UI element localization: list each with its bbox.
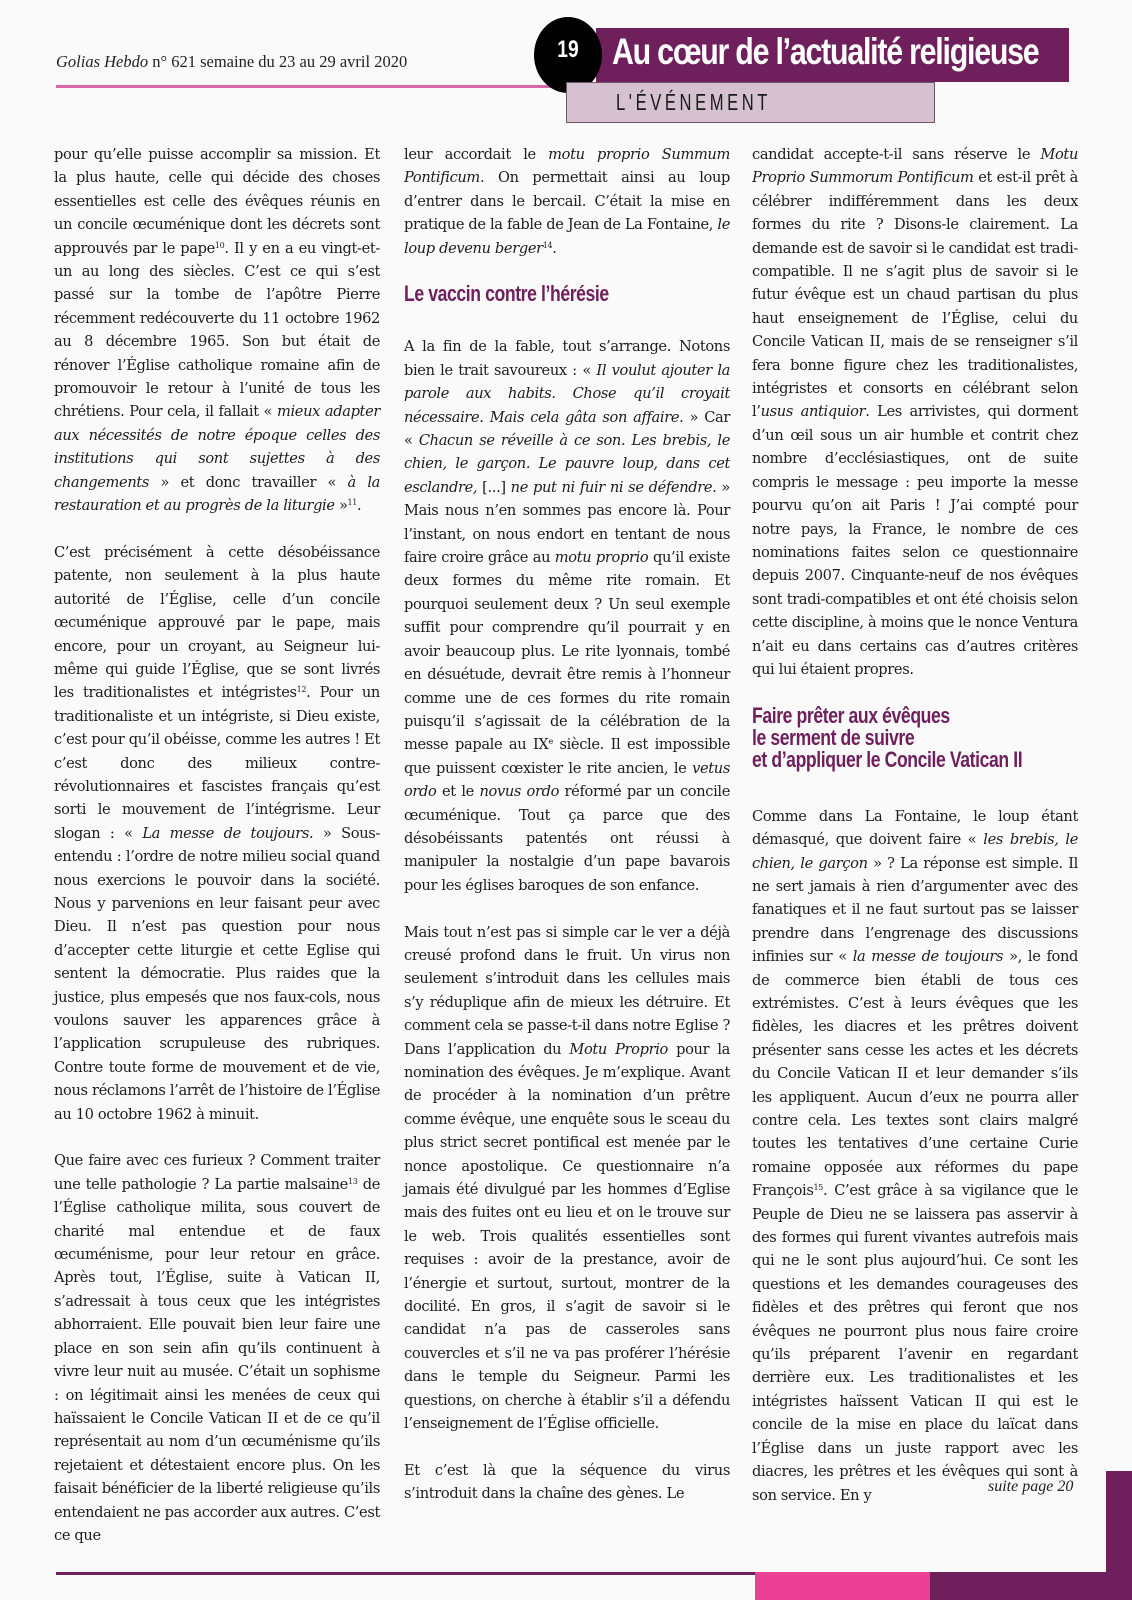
paragraph: leur accordait le motu proprio Summum Po… (404, 143, 730, 260)
footer-purple-block (930, 1572, 1132, 1600)
paragraph: C’est précisément à cette désobéissance … (54, 541, 380, 1126)
footnote-ref[interactable]: 10 (215, 241, 224, 250)
paragraph: pour qu’elle puisse accomplir sa mission… (54, 143, 380, 518)
article-column-3: candidat accepte-t-il sans réserve le Mo… (752, 143, 1078, 1530)
issue-info: n° 621 semaine du 23 au 29 avril 2020 (152, 52, 407, 71)
footer-rule (56, 1572, 756, 1575)
paragraph: A la fin de la fable, tout s’arrange. No… (404, 335, 730, 897)
article-column-1: pour qu’elle puisse accomplir sa mission… (54, 143, 380, 1571)
header-rule (56, 85, 556, 88)
section-label: L'ÉVÉNEMENT (616, 89, 771, 116)
footnote-ref[interactable]: 14 (543, 241, 552, 250)
continued-link[interactable]: suite page 20 (988, 1478, 1073, 1496)
article-column-2: leur accordait le motu proprio Summum Po… (404, 143, 730, 1529)
footnote-ref[interactable]: 12 (297, 685, 306, 694)
page-number: 19 (541, 36, 595, 64)
subheading: Le vaccin contre l’hérésie (404, 283, 665, 305)
paragraph: Mais tout n’est pas si simple car le ver… (404, 921, 730, 1436)
footnote-ref[interactable]: 13 (348, 1177, 357, 1186)
paragraph: Comme dans La Fontaine, le loup étant dé… (752, 805, 1078, 1507)
publication-name: Golias Hebdo (56, 52, 148, 71)
section-title: Au cœur de l’actualité religieuse (612, 31, 1038, 73)
footnote-ref[interactable]: 15 (814, 1183, 823, 1192)
paragraph: candidat accepte-t-il sans réserve le Mo… (752, 143, 1078, 681)
paragraph: Et c’est là que la séquence du virus s’i… (404, 1459, 730, 1506)
subheading: Faire prêter aux évêques le serment de s… (752, 705, 1013, 771)
masthead: Golias Hebdo n° 621 semaine du 23 au 29 … (56, 52, 407, 72)
footnote-ref[interactable]: 11 (348, 498, 357, 507)
footer-pink-block (755, 1572, 930, 1600)
paragraph: Que faire avec ces furieux ? Comment tra… (54, 1149, 380, 1547)
